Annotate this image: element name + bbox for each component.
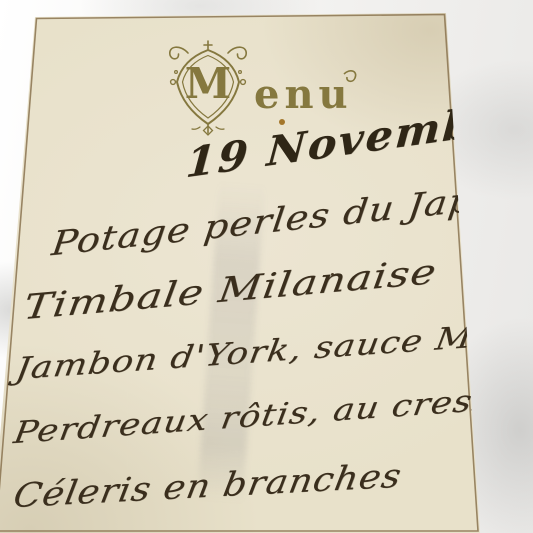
photo-scene: M enu 19 Novembre Potage perles du Japon… (0, 0, 533, 533)
title-letters: enu (254, 71, 353, 118)
title-initial-letter: M (185, 59, 232, 108)
menu-card: M enu 19 Novembre Potage perles du Japon… (0, 0, 533, 533)
